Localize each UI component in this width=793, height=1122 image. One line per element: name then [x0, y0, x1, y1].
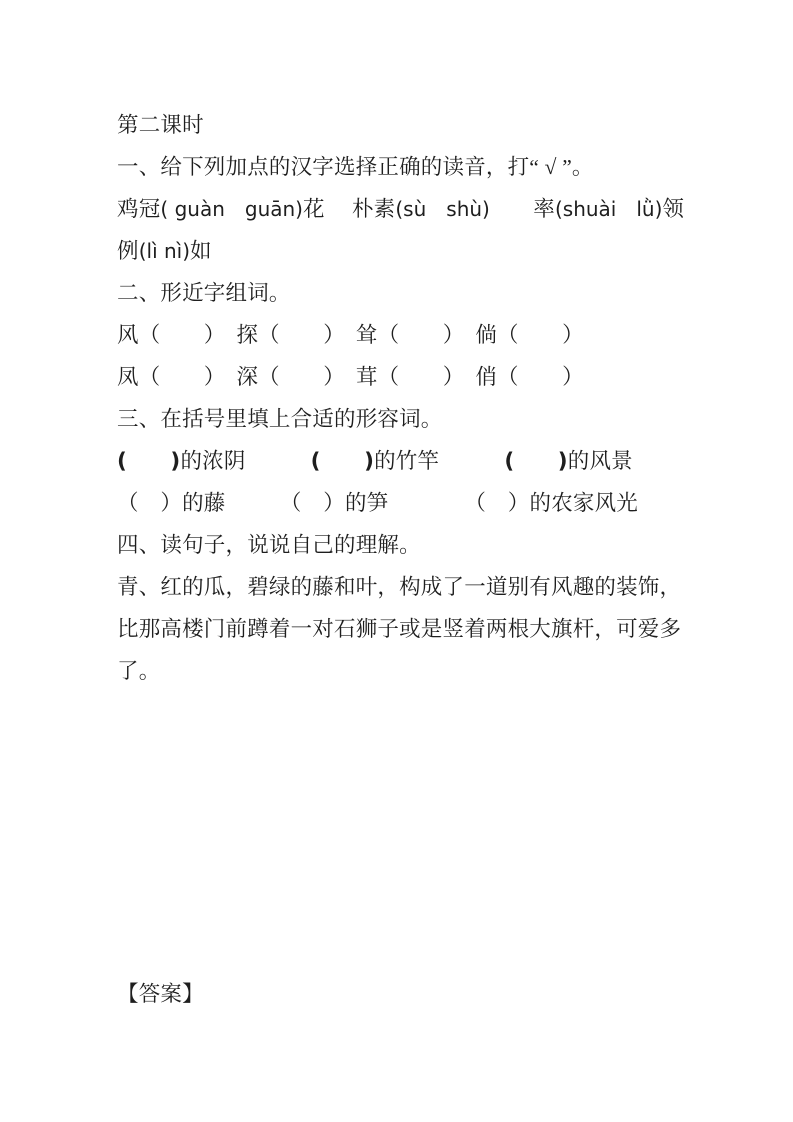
- section-3-title: 三、在括号里填上合适的形容词。: [117, 398, 683, 440]
- section-1-pinyin-row-2: 例(lì nì)如: [117, 230, 683, 272]
- section-2-title: 二、形近字组词。: [117, 272, 683, 314]
- section-4-title: 四、读句子，说说自己的理解。: [117, 524, 683, 566]
- hanzi-segment: 领: [662, 197, 684, 221]
- hanzi-segment: 如: [190, 239, 212, 263]
- worksheet-body: 第二课时 一、给下列加点的汉字选择正确的读音，打“ √ ”。 鸡冠( guàn …: [117, 104, 683, 1015]
- pinyin-segment: (sù shù): [395, 197, 489, 221]
- worksheet-page: 第二课时 一、给下列加点的汉字选择正确的读音，打“ √ ”。 鸡冠( guàn …: [0, 0, 793, 1122]
- hanzi-segment: 的竹竿: [374, 449, 504, 473]
- answer-heading: 【答案】: [117, 973, 683, 1015]
- section-4-sentence-line-3: 了。: [117, 650, 683, 692]
- pinyin-segment: ( guàn guān): [160, 197, 303, 221]
- hanzi-segment: 的浓阴: [180, 449, 310, 473]
- hanzi-segment: 率: [490, 197, 555, 221]
- section-2-word-row-2: 凤（ ） 深（ ） 茸（ ） 俏（ ）: [117, 356, 683, 398]
- pinyin-segment: (shuài lǜ): [555, 197, 662, 221]
- lesson-title: 第二课时: [117, 104, 683, 146]
- section-4-sentence-line-2: 比那高楼门前蹲着一对石狮子或是竖着两根大旗杆，可爱多: [117, 608, 683, 650]
- section-1-title: 一、给下列加点的汉字选择正确的读音，打“ √ ”。: [117, 146, 683, 188]
- hanzi-segment: 的风景: [568, 449, 633, 473]
- section-2-word-row-1: 风（ ） 探（ ） 耸（ ） 倘（ ）: [117, 314, 683, 356]
- section-3-fill-row-1: ( )的浓阴 ( )的竹竿 ( )的风景: [117, 440, 683, 482]
- blank-parens: ( ): [117, 449, 180, 474]
- section-4-sentence-line-1: 青、红的瓜，碧绿的藤和叶，构成了一道别有风趣的装饰，: [117, 566, 683, 608]
- section-1-pinyin-row-1: 鸡冠( guàn guān)花 朴素(sù shù) 率(shuài lǜ)领: [117, 188, 683, 230]
- hanzi-segment: 例: [117, 239, 139, 263]
- blank-parens: ( ): [311, 449, 374, 474]
- hanzi-segment: 鸡冠: [117, 197, 160, 221]
- section-3-fill-row-2: （ ）的藤 （ ）的笋 （ ）的农家风光: [117, 482, 683, 524]
- blank-parens: ( ): [504, 449, 567, 474]
- hanzi-segment: 花 朴素: [303, 197, 395, 221]
- pinyin-segment: (lì nì): [139, 239, 190, 263]
- blank-space: [117, 692, 683, 973]
